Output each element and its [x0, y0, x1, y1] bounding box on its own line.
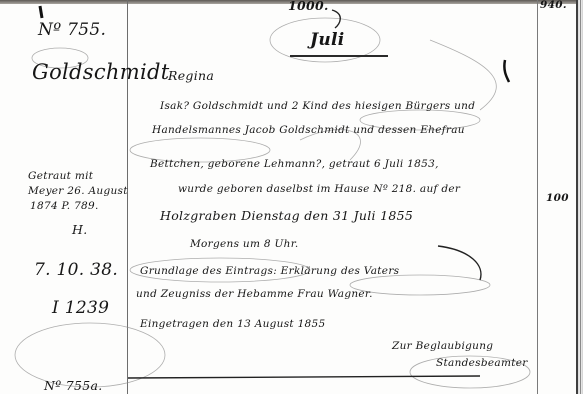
margin-date-note: 7. 10. 38.	[34, 260, 118, 280]
body-line-5: Holzgraben Dienstag den 31 Juli 1855	[160, 208, 413, 223]
entry-given-name: Regina	[168, 68, 214, 83]
certification-text: Zur Beglaubigung	[392, 340, 493, 352]
body-line-3: Bettchen, geborene Lehmann?, getraut 6 J…	[150, 158, 439, 170]
body-line-4: wurde geboren daselbst im Hause Nº 218. …	[178, 183, 460, 195]
register-page: 1000. 940. Juli Nº 755. Goldschmidt Regi…	[0, 0, 583, 394]
next-entry-number: Nº 755a.	[44, 378, 102, 393]
body-line-2: Handelsmannes Jacob Goldschmidt und dess…	[152, 124, 465, 136]
margin-annotation-line2: Meyer 26. August	[28, 185, 128, 197]
top-right-partial-number: 940.	[540, 0, 567, 11]
month-underline	[290, 55, 388, 57]
margin-annotation-line3: 1874 P. 789.	[30, 200, 99, 212]
body-line-6: Morgens um 8 Uhr.	[190, 238, 299, 250]
entry-number: Nº 755.	[38, 20, 106, 40]
margin-register-reference: I 1239	[52, 298, 109, 318]
body-line-7: Grundlage des Eintrags: Erklärung des Va…	[140, 265, 399, 277]
entry-surname: Goldschmidt	[32, 60, 169, 84]
registrar-signature: Standesbeamter	[436, 357, 528, 369]
body-line-1: Isak? Goldschmidt und 2 Kind des hiesige…	[160, 100, 475, 112]
right-column-value: 100	[546, 192, 569, 204]
body-line-8: und Zeugniss der Hebamme Frau Wagner.	[136, 288, 373, 300]
margin-initial-mark: H.	[72, 222, 87, 237]
month-heading: Juli	[310, 30, 345, 50]
margin-annotation-line1: Getraut mit	[28, 170, 93, 182]
top-center-partial-number: 1000.	[288, 0, 329, 13]
body-line-9: Eingetragen den 13 August 1855	[140, 318, 326, 330]
